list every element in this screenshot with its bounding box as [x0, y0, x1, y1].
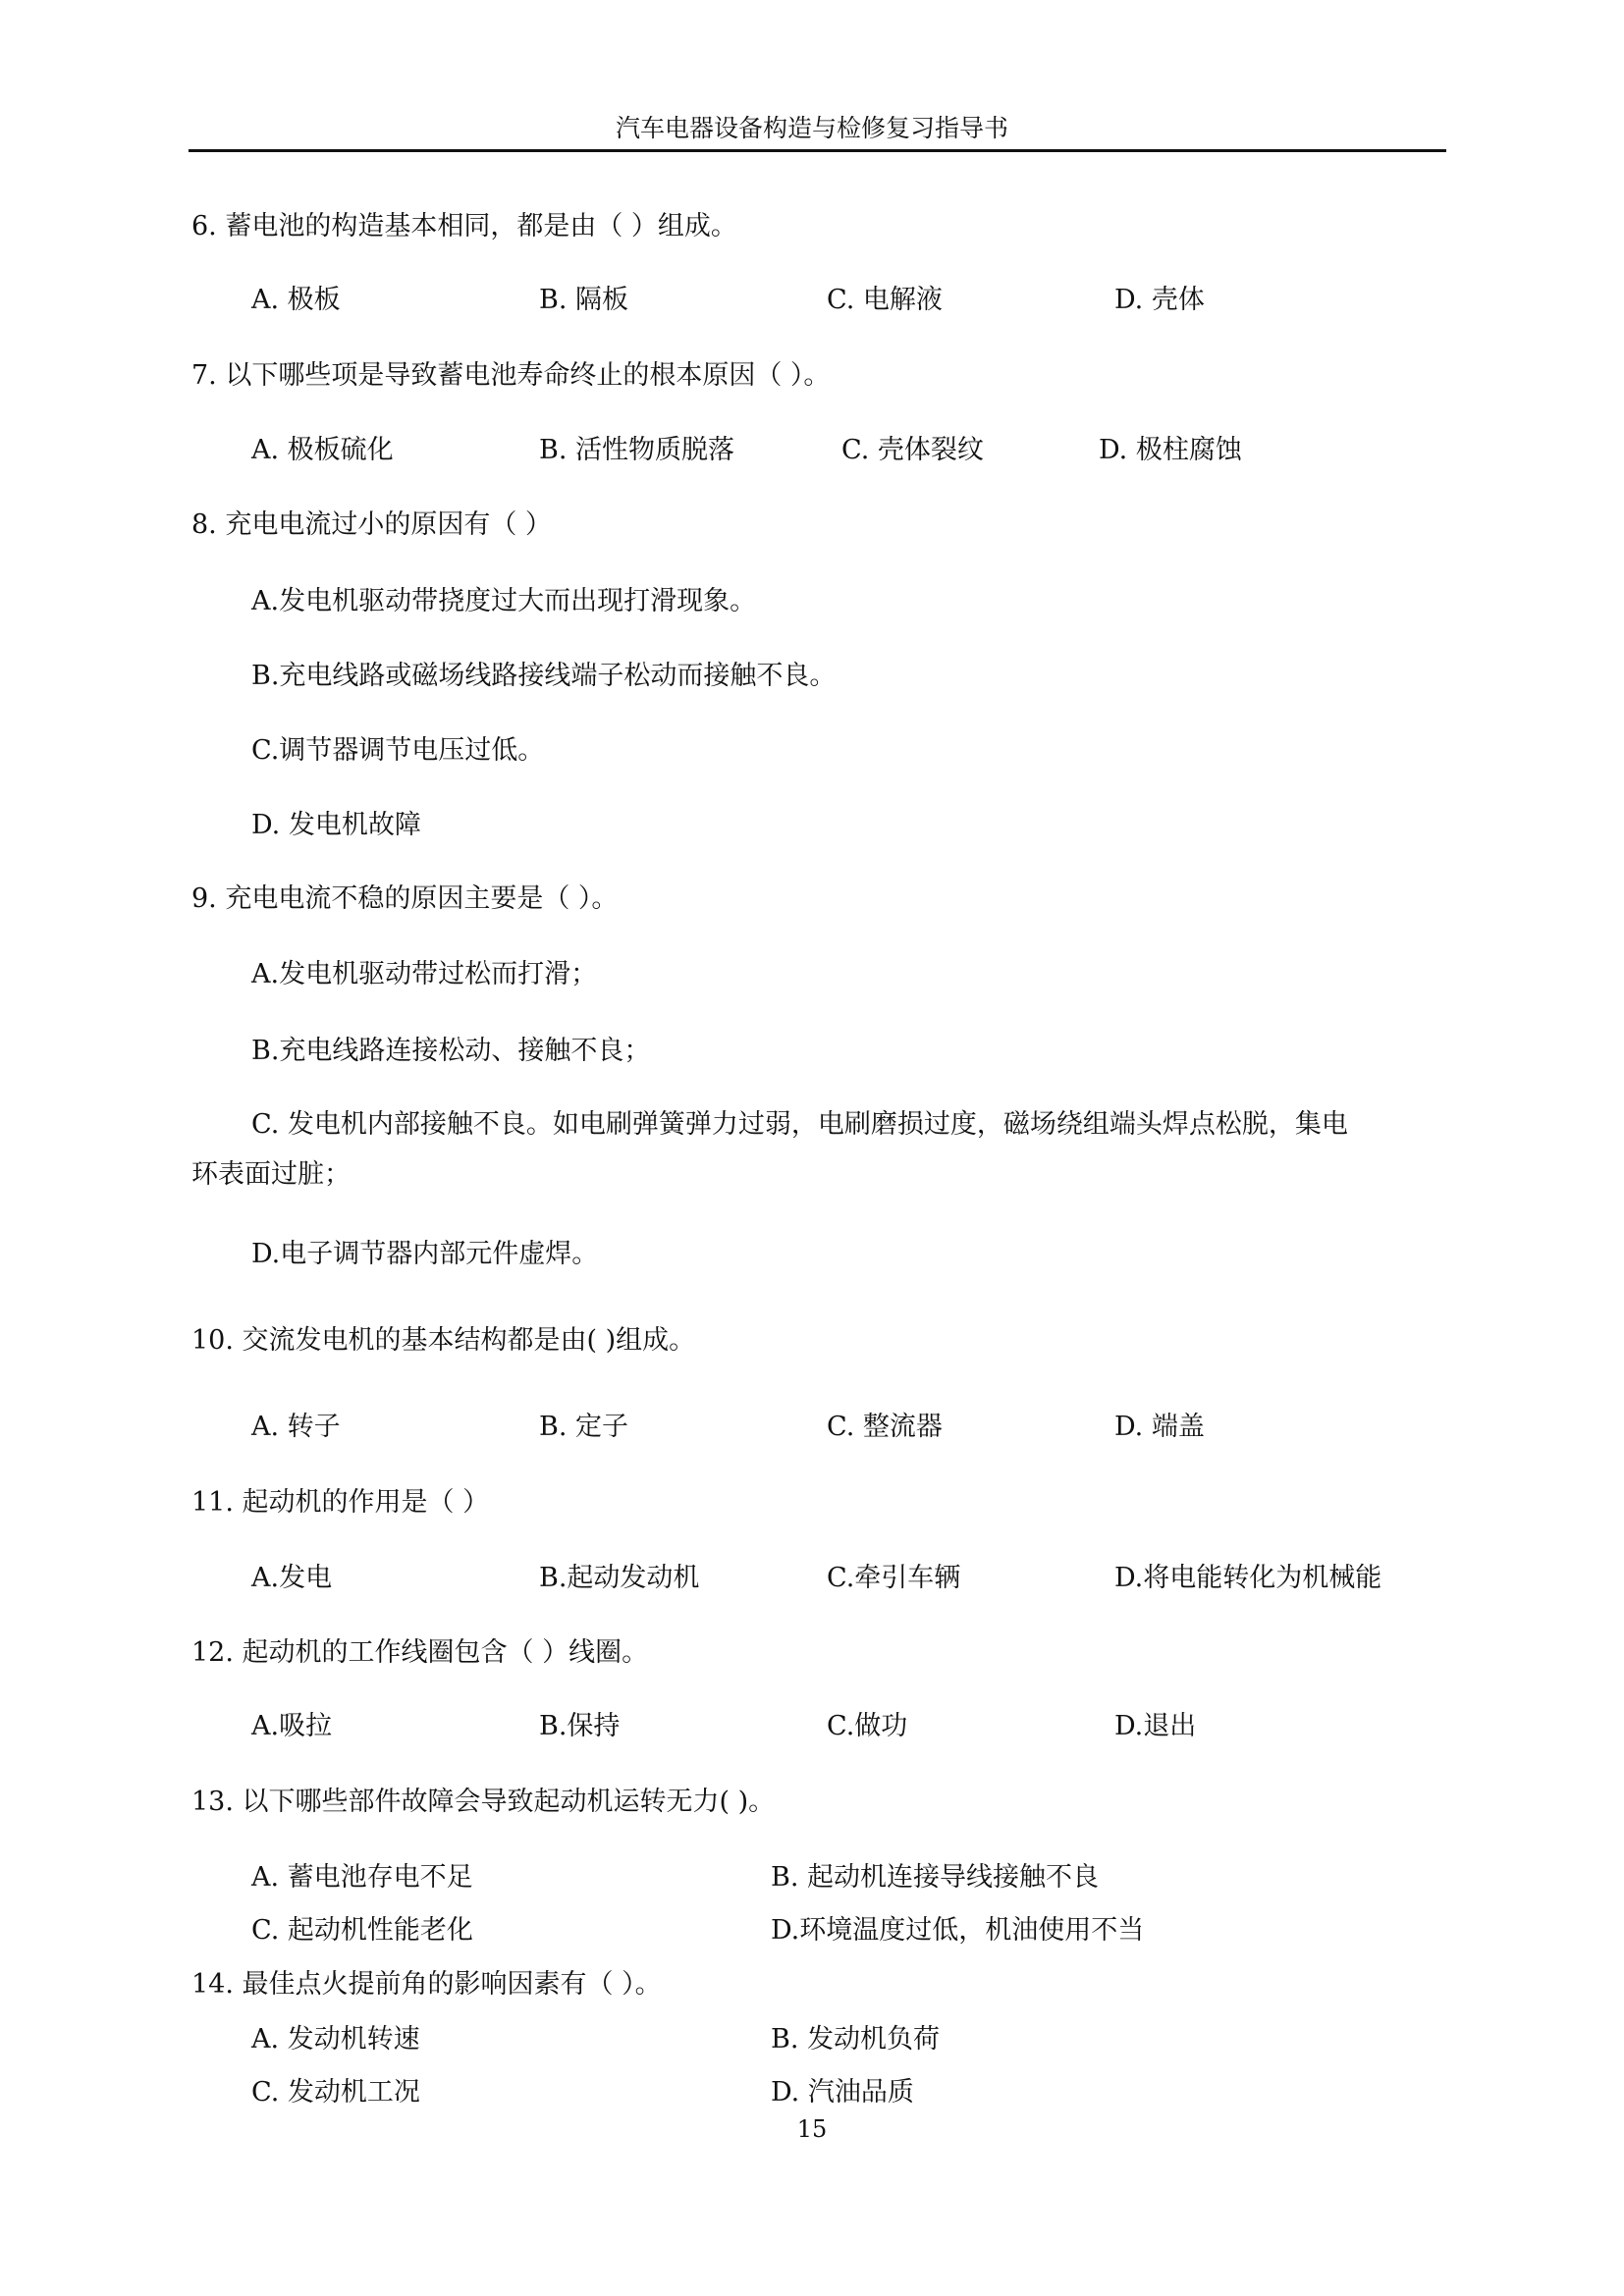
question-14-option-c: C. 发动机工况 [251, 2079, 420, 2106]
page-number: 15 [0, 2117, 1624, 2141]
question-14-option-d: D. 汽油品质 [771, 2079, 914, 2106]
question-8-option-b: B.充电线路或磁场线路接线端子松动而接触不良。 [251, 663, 836, 689]
question-11-option-b: B.起动发动机 [539, 1565, 699, 1591]
question-12-option-c: C.做功 [827, 1713, 907, 1739]
question-13-option-c: C. 起动机性能老化 [251, 1917, 473, 1944]
question-8-option-d: D. 发电机故障 [251, 812, 421, 838]
question-9-option-c-continued: 环表面过脏； [191, 1161, 351, 1188]
question-8-option-a: A.发电机驱动带挠度过大而出现打滑现象。 [251, 588, 756, 614]
question-14-option-a: A. 发动机转速 [251, 2026, 420, 2053]
question-13-option-a: A. 蓄电池存电不足 [251, 1864, 473, 1891]
question-7-option-d: D. 极柱腐蚀 [1099, 437, 1242, 463]
question-13-stem: 13. 以下哪些部件故障会导致起动机运转无力( )。 [191, 1789, 775, 1815]
question-14-stem: 14. 最佳点火提前角的影响因素有（ ）。 [191, 1971, 662, 1998]
question-10-stem: 10. 交流发电机的基本结构都是由( )组成。 [191, 1327, 695, 1354]
question-10-option-d: D. 端盖 [1114, 1414, 1205, 1440]
header-divider [189, 149, 1446, 152]
question-7-stem: 7. 以下哪些项是导致蓄电池寿命终止的根本原因（ ）。 [191, 362, 830, 389]
question-9-stem: 9. 充电电流不稳的原因主要是（ ）。 [191, 885, 618, 912]
question-11-stem: 11. 起动机的作用是（ ） [191, 1489, 489, 1516]
question-7-option-a: A. 极板硫化 [251, 437, 394, 463]
question-6-option-c: C. 电解液 [827, 287, 943, 313]
question-9-option-a: A.发电机驱动带过松而打滑； [251, 961, 597, 988]
question-12-option-d: D.退出 [1114, 1713, 1196, 1739]
question-10-option-c: C. 整流器 [827, 1414, 943, 1440]
question-11-option-c: C.牵引车辆 [827, 1565, 960, 1591]
question-7-option-b: B. 活性物质脱落 [539, 437, 734, 463]
question-8-option-c: C.调节器调节电压过低。 [251, 737, 544, 764]
question-14-option-b: B. 发动机负荷 [771, 2026, 940, 2053]
question-6-option-d: D. 壳体 [1114, 287, 1205, 313]
question-10-option-b: B. 定子 [539, 1414, 628, 1440]
question-11-option-a: A.发电 [251, 1565, 332, 1591]
question-11-option-d: D.将电能转化为机械能 [1114, 1565, 1381, 1591]
question-7-option-c: C. 壳体裂纹 [841, 437, 984, 463]
question-8-stem: 8. 充电电流过小的原因有（ ） [191, 511, 552, 538]
question-12-option-b: B.保持 [539, 1713, 620, 1739]
question-9-option-b: B.充电线路连接松动、接触不良； [251, 1038, 650, 1064]
question-12-option-a: A.吸拉 [251, 1713, 332, 1739]
document-header-title: 汽车电器设备构造与检修复习指导书 [0, 116, 1624, 140]
question-6-stem: 6. 蓄电池的构造基本相同，都是由（ ）组成。 [191, 213, 737, 240]
question-9-option-d: D.电子调节器内部元件虚焊。 [251, 1241, 598, 1267]
question-13-option-d: D.环境温度过低，机油使用不当 [771, 1917, 1144, 1944]
question-9-option-c: C. 发电机内部接触不良。如电刷弹簧弹力过弱，电刷磨损过度，磁场绕组端头焊点松脱… [251, 1111, 1348, 1138]
question-10-option-a: A. 转子 [251, 1414, 341, 1440]
question-13-option-b: B. 起动机连接导线接触不良 [771, 1864, 1099, 1891]
question-12-stem: 12. 起动机的工作线圈包含（ ）线圈。 [191, 1639, 648, 1666]
question-6-option-a: A. 极板 [251, 287, 341, 313]
question-6-option-b: B. 隔板 [539, 287, 628, 313]
